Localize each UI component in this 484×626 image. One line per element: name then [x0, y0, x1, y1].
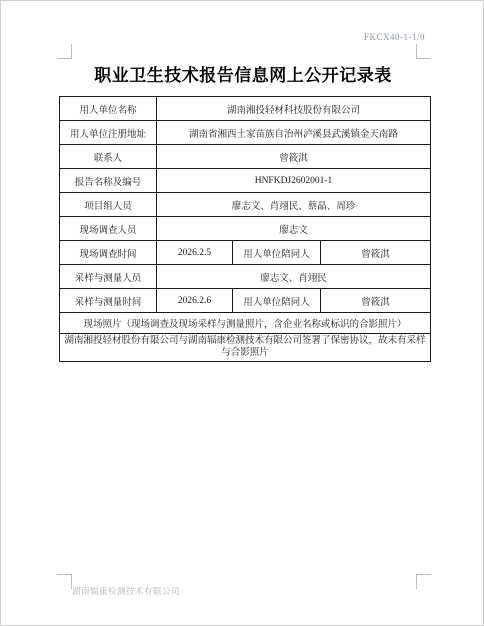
sampling-staff-label: 采样与测量人员	[60, 265, 157, 289]
employer-address-value: 湖南省湘西土家苗族自治州泸溪县武溪镇金天南路	[157, 121, 431, 145]
table-row: 现场照片（现场调查及现场采样与测量照片，含企业名称或标识的合影照片）	[60, 313, 431, 334]
doc-code: FKCX40-1-1/0	[364, 32, 425, 42]
employer-address-label: 用人单位注册地址	[60, 121, 157, 145]
table-row: 项目组人员 廖志文、肖翊民、蔡晶、周珍	[60, 193, 431, 217]
record-table: 用人单位名称 湖南湘投轻材科技股份有限公司 用人单位注册地址 湖南省湘西土家苗族…	[59, 96, 431, 362]
project-team-label: 项目组人员	[60, 193, 157, 217]
crop-mark-bottom-right	[416, 574, 431, 589]
crop-mark-top-left	[57, 44, 72, 59]
crop-mark-bottom-left	[57, 574, 72, 589]
photos-header-cell: 现场照片（现场调查及现场采样与测量照片，含企业名称或标识的合影照片）	[60, 313, 431, 334]
sampling-time-label: 采样与测量时间	[60, 289, 157, 313]
table-row: 联系人 曾筱淇	[60, 145, 431, 169]
survey-time-value: 2026.2.5	[157, 241, 233, 265]
survey-escort-value: 曾筱淇	[321, 241, 431, 265]
report-no-label: 报告名称及编号	[60, 169, 157, 193]
employer-name-label: 用人单位名称	[60, 97, 157, 121]
survey-escort-label: 用人单位陪同人	[233, 241, 321, 265]
table-row: 现场调查人员 廖志文	[60, 217, 431, 241]
survey-time-label: 现场调查时间	[60, 241, 157, 265]
survey-staff-label: 现场调查人员	[60, 217, 157, 241]
survey-staff-value: 廖志文	[157, 217, 431, 241]
table-row: 采样与测量人员 廖志文、肖翊民	[60, 265, 431, 289]
page-title: 职业卫生技术报告信息网上公开记录表	[1, 61, 484, 86]
project-team-value: 廖志文、肖翊民、蔡晶、周珍	[157, 193, 431, 217]
table-row: 报告名称及编号 HNFKDJ2602001-1	[60, 169, 431, 193]
sampling-staff-value: 廖志文、肖翊民	[157, 265, 431, 289]
sampling-time-value: 2026.2.6	[157, 289, 233, 313]
contact-label: 联系人	[60, 145, 157, 169]
table-row: 用人单位注册地址 湖南省湘西土家苗族自治州泸溪县武溪镇金天南路	[60, 121, 431, 145]
footer-company-watermark: 湖南辐康检测技术有限公司	[72, 585, 180, 597]
contact-value: 曾筱淇	[157, 145, 431, 169]
employer-name-value: 湖南湘投轻材科技股份有限公司	[157, 97, 431, 121]
table-row: 湖南湘投轻材股份有限公司与湖南辐康检测技术有限公司签署了保密协议，故未有采样与合…	[60, 334, 431, 362]
table-row: 用人单位名称 湖南湘投轻材科技股份有限公司	[60, 97, 431, 121]
table-row: 现场调查时间 2026.2.5 用人单位陪同人 曾筱淇	[60, 241, 431, 265]
sampling-escort-value: 曾筱淇	[321, 289, 431, 313]
photos-note-cell: 湖南湘投轻材股份有限公司与湖南辐康检测技术有限公司签署了保密协议，故未有采样与合…	[60, 334, 431, 362]
crop-mark-top-right	[416, 44, 431, 59]
document-page: FKCX40-1-1/0 职业卫生技术报告信息网上公开记录表 用人单位名称 湖南…	[0, 0, 484, 626]
sampling-escort-label: 用人单位陪同人	[233, 289, 321, 313]
table-row: 采样与测量时间 2026.2.6 用人单位陪同人 曾筱淇	[60, 289, 431, 313]
report-no-value: HNFKDJ2602001-1	[157, 169, 431, 193]
